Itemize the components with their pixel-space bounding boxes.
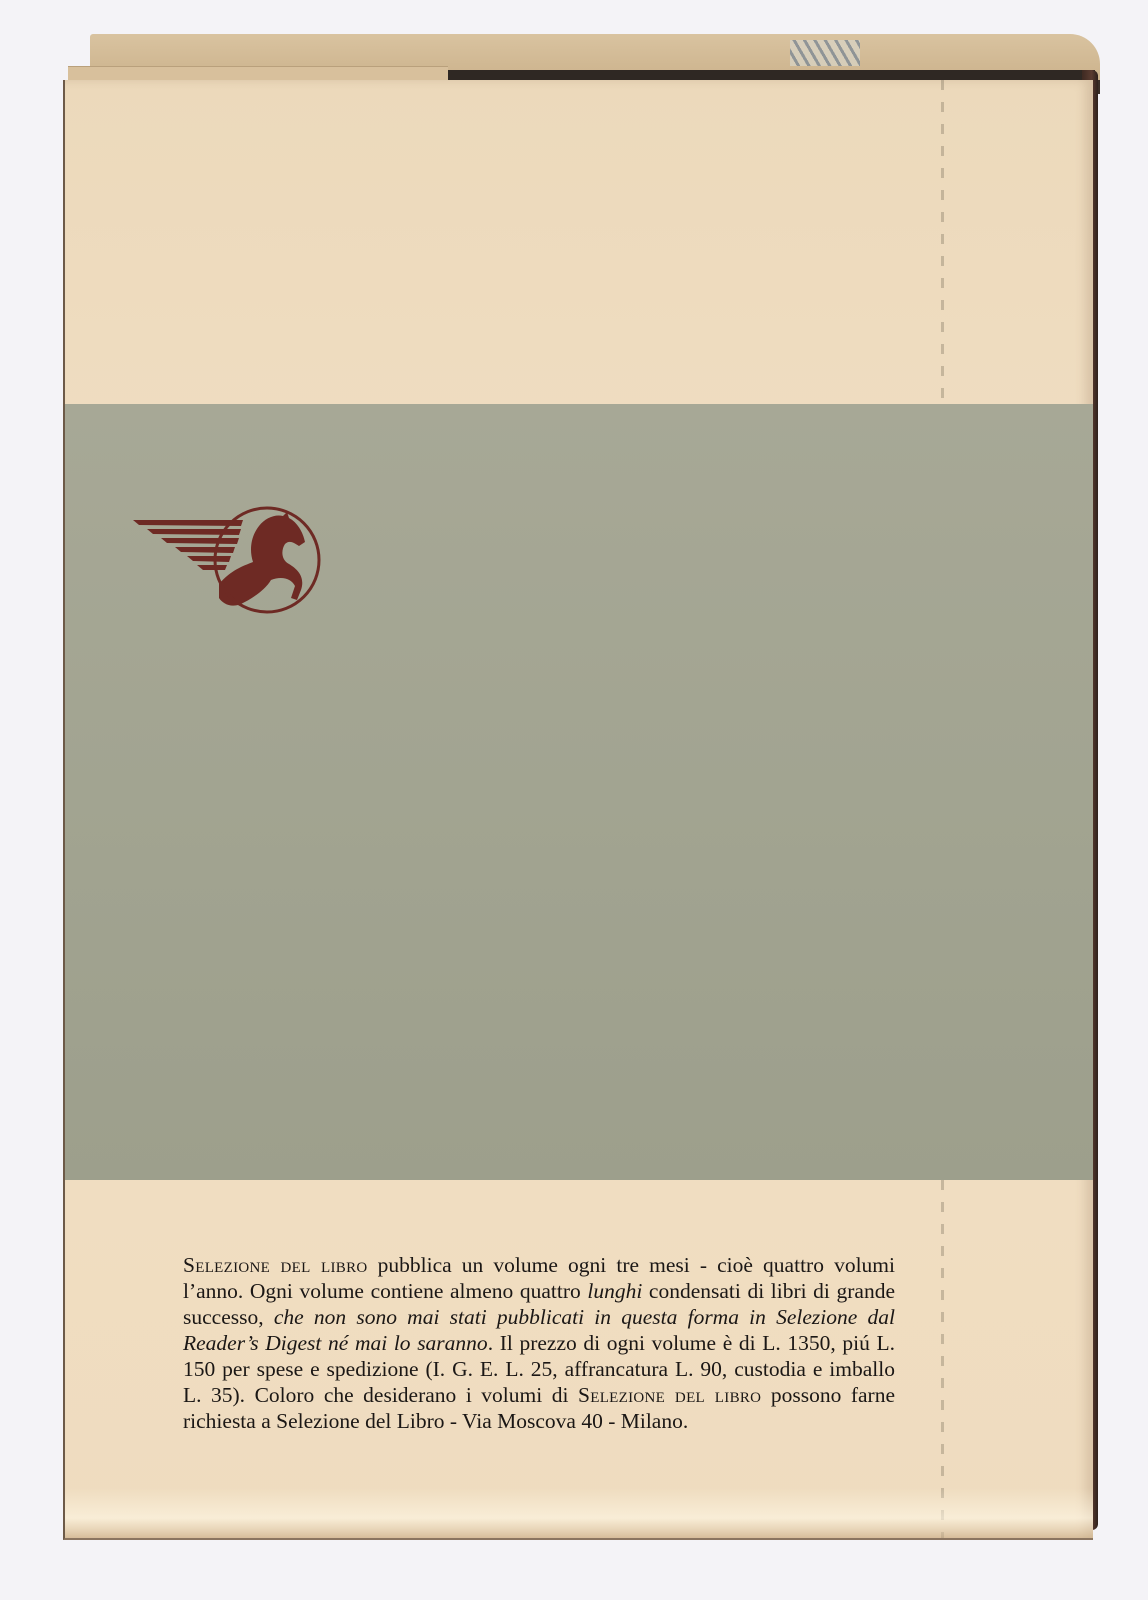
dust-jacket-back-cover: Selezione del libro pubblica un volume o… xyxy=(63,80,1093,1540)
grey-band xyxy=(65,404,1093,1180)
description-segment: Selezione del libro xyxy=(578,1383,761,1407)
description-segment: Selezione del libro xyxy=(183,1253,368,1277)
library-sticker xyxy=(790,40,860,66)
publisher-description: Selezione del libro pubblica un volume o… xyxy=(183,1252,895,1434)
description-segment: lun­ghi xyxy=(587,1279,642,1303)
worn-bottom-edge xyxy=(65,1488,1093,1538)
winged-horse-pegasus-icon xyxy=(131,504,327,616)
